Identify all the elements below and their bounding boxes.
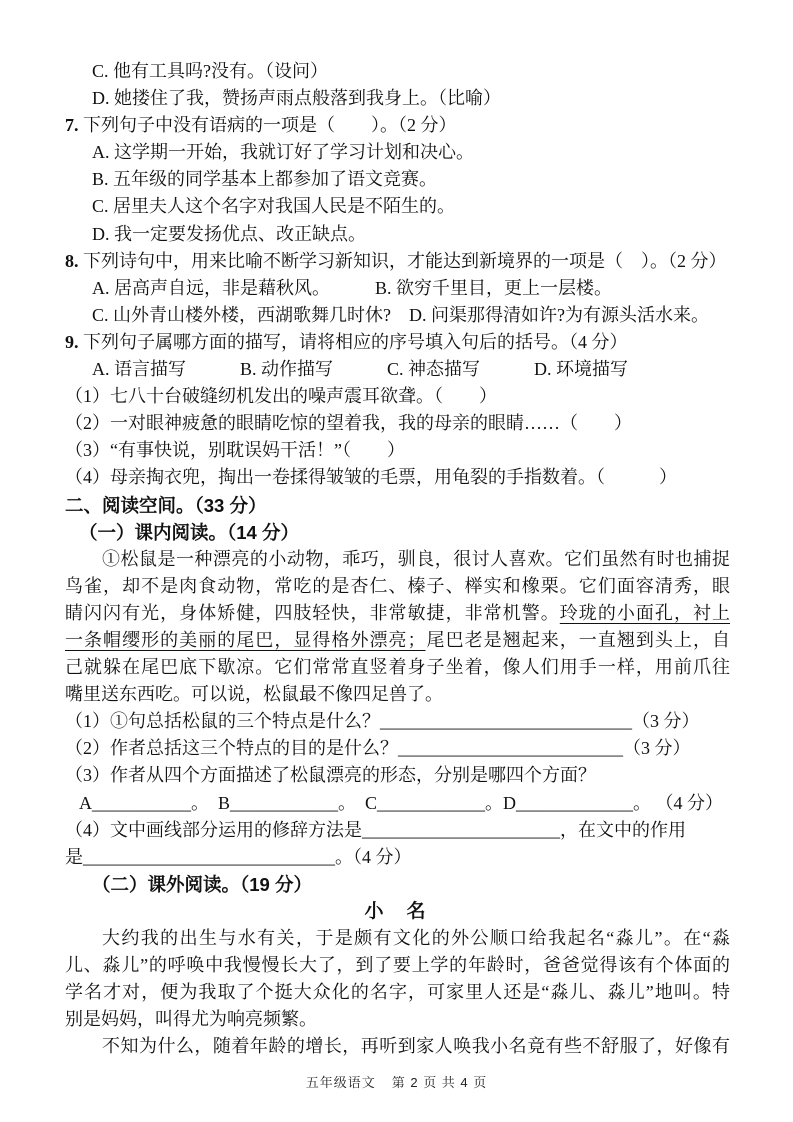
text-segment: 二、阅读空间。（33 分） bbox=[65, 495, 266, 516]
answer-blank: _________________________ bbox=[398, 738, 623, 758]
text-segment: D. 她搂住了我，赞扬声雨点般落到我身上。（比喻） bbox=[92, 88, 501, 108]
text-segment: 。D bbox=[485, 793, 516, 813]
text-segment: 嘴里送东西吃。可以说，松鼠最不像四足兽了。 bbox=[65, 684, 443, 704]
footer-course-label: 五年级语文 bbox=[306, 1075, 376, 1090]
passage-songshu-line-3: 睛闪闪有光，身体矫健，四肢轻快，非常敏捷，非常机警。玲珑的小面孔，衬上 bbox=[62, 600, 730, 627]
text-segment: ①松鼠是一种漂亮的小动物，乖巧，驯良，很讨人喜欢。它们虽然有时也捕捉 bbox=[102, 549, 730, 569]
text-segment: A. 这学期一开始，我就订好了学习计划和决心。 bbox=[92, 142, 474, 162]
text-segment: 大约我的出生与水有关，于是颇有文化的外公顺口给我起名“淼儿”。在“淼 bbox=[102, 928, 730, 948]
text-segment: （3）作者从四个方面描述了松鼠漂亮的形态，分别是哪四个方面？ bbox=[65, 765, 596, 785]
q9-item-4: （4）母亲掏衣兜，掏出一卷揉得皱皱的毛票，用龟裂的手指数着。（ ） bbox=[62, 464, 730, 491]
text-segment: C. 居里夫人这个名字对我国人民是不陌生的。 bbox=[92, 196, 455, 216]
text-segment: （4）母亲掏衣兜，掏出一卷揉得皱皱的毛票，用龟裂的手指数着。（ ） bbox=[65, 467, 677, 487]
option-7d: D. 我一定要发扬优点、改正缺点。 bbox=[62, 221, 730, 248]
text-segment: 7. bbox=[65, 115, 79, 135]
answer-blank: ____________________________ bbox=[380, 711, 632, 731]
passage-songshu-line-2: 鸟雀，却不是肉食动物，常吃的是杏仁、榛子、榉实和橡栗。它们面容清秀，眼 bbox=[62, 573, 730, 600]
text-segment: 尾巴老是翘起来，一直翘到头上，自 bbox=[426, 630, 730, 650]
page-footer: 五年级语文第 2 页 共 4 页 bbox=[0, 1072, 793, 1091]
text-segment: 。 B bbox=[191, 793, 230, 813]
section-2-heading: 二、阅读空间。（33 分） bbox=[62, 492, 730, 519]
answer-blank: ______________________ bbox=[362, 820, 560, 840]
answer-blank: ____________________________ bbox=[83, 847, 335, 867]
passage-songshu-line-6: 嘴里送东西吃。可以说，松鼠最不像四足兽了。 bbox=[62, 681, 730, 708]
q9-item-2: （2）一对眼神疲惫的眼睛吃惊的望着我，我的母亲的眼睛……（ ） bbox=[62, 410, 730, 437]
text-segment: 己就躲在尾巴底下歇凉。它们常常直竖着身子坐着，像人们用手一样，用前爪往 bbox=[65, 657, 730, 677]
reading1-q2: （2）作者总括这三个特点的目的是什么？_____________________… bbox=[62, 735, 730, 762]
question-9: 9. 下列句子属哪方面的描写，请将相应的序号填入句后的括号。（4 分） bbox=[62, 329, 730, 356]
reading1-q4-line-2: 是____________________________。（4 分） bbox=[62, 844, 730, 871]
text-segment: C. 他有工具吗?没有。（设问） bbox=[92, 61, 328, 81]
text-segment: 下列句子中没有语病的一项是（ ）。（2 分） bbox=[79, 115, 457, 135]
text-segment: 小 名 bbox=[364, 901, 427, 922]
text-segment: 下列诗句中，用来比喻不断学习新知识，才能达到新境界的一项是（ ）。（2 分） bbox=[79, 251, 727, 271]
underlined-text: 一条帽缨形的美丽的尾巴，显得格外漂亮； bbox=[65, 630, 426, 650]
text-segment: （1）①句总括松鼠的三个特点是什么？ bbox=[65, 711, 380, 731]
options-9: A. 语言描写 B. 动作描写 C. 神态描写 D. 环境描写 bbox=[62, 356, 730, 383]
passage-songshu-line-4: 一条帽缨形的美丽的尾巴，显得格外漂亮；尾巴老是翘起来，一直翘到头上，自 bbox=[62, 627, 730, 654]
text-segment: （3）“有事快说，别耽误妈干活！”（ ） bbox=[65, 440, 405, 460]
passage-xiaoming-line-3: 学名才对，便为我取了个挺大众化的名字，可家里人还是“淼儿、淼儿”地叫。特 bbox=[62, 979, 730, 1006]
reading1-q4-line-1: （4）文中画线部分运用的修辞方法是______________________，… bbox=[62, 817, 730, 844]
reading1-q3-blanks: A___________。 B____________。 C__________… bbox=[62, 790, 730, 817]
answer-blank: ___________ bbox=[92, 793, 191, 813]
subsection-reading-2-heading: （二）课外阅读。（19 分） bbox=[62, 871, 730, 898]
text-segment: 。 （4 分） bbox=[633, 793, 723, 813]
option-7a: A. 这学期一开始，我就订好了学习计划和决心。 bbox=[62, 139, 730, 166]
text-segment: 下列句子属哪方面的描写，请将相应的序号填入句后的括号。（4 分） bbox=[79, 332, 628, 352]
passage-xiaoming-line-4: 别是妈妈，叫得尤为响亮频繁。 bbox=[62, 1006, 730, 1033]
text-segment: （4）文中画线部分运用的修辞方法是 bbox=[65, 820, 362, 840]
text-segment: （一）课内阅读。（14 分） bbox=[79, 522, 299, 543]
option-6d: D. 她搂住了我，赞扬声雨点般落到我身上。（比喻） bbox=[62, 85, 730, 112]
passage-xiaoming-line-5: 不知为什么，随着年龄的增长，再听到家人唤我小名竟有些不舒服了，好像有 bbox=[62, 1033, 730, 1060]
passage-xiaoming-line-2: 儿、淼儿”的呼唤中我慢慢长大了，到了要上学的年龄时，爸爸觉得该有个体面的 bbox=[62, 952, 730, 979]
options-8cd: C. 山外青山楼外楼，西湖歌舞几时休? D. 问渠那得清如许?为有源头活水来。 bbox=[62, 302, 730, 329]
question-8: 8. 下列诗句中，用来比喻不断学习新知识，才能达到新境界的一项是（ ）。（2 分… bbox=[62, 248, 730, 275]
passage-songshu-line-1: ①松鼠是一种漂亮的小动物，乖巧，驯良，很讨人喜欢。它们虽然有时也捕捉 bbox=[62, 546, 730, 573]
exam-page: C. 他有工具吗?没有。（设问）D. 她搂住了我，赞扬声雨点般落到我身上。（比喻… bbox=[0, 0, 793, 1122]
q9-item-1: （1）七八十台破缝纫机发出的噪声震耳欲聋。（ ） bbox=[62, 383, 730, 410]
text-segment: ，在文中的作用 bbox=[560, 820, 686, 840]
text-segment: （2）一对眼神疲惫的眼睛吃惊的望着我，我的母亲的眼睛……（ ） bbox=[65, 413, 632, 433]
text-segment: 儿、淼儿”的呼唤中我慢慢长大了，到了要上学的年龄时，爸爸觉得该有个体面的 bbox=[65, 955, 730, 975]
text-segment: A. 语言描写 B. 动作描写 C. 神态描写 D. 环境描写 bbox=[92, 359, 628, 379]
text-segment: 。（4 分） bbox=[335, 847, 412, 867]
document-body: C. 他有工具吗?没有。（设问）D. 她搂住了我，赞扬声雨点般落到我身上。（比喻… bbox=[62, 58, 730, 1060]
text-segment: 不知为什么，随着年龄的增长，再听到家人唤我小名竟有些不舒服了，好像有 bbox=[102, 1036, 730, 1056]
passage-xiaoming-line-1: 大约我的出生与水有关，于是颇有文化的外公顺口给我起名“淼儿”。在“淼 bbox=[62, 925, 730, 952]
text-segment: A bbox=[79, 793, 92, 813]
q9-item-3: （3）“有事快说，别耽误妈干活！”（ ） bbox=[62, 437, 730, 464]
text-segment: 别是妈妈，叫得尤为响亮频繁。 bbox=[65, 1009, 317, 1029]
option-7b: B. 五年级的同学基本上都参加了语文竞赛。 bbox=[62, 166, 730, 193]
text-segment: 是 bbox=[65, 847, 83, 867]
text-segment: 9. bbox=[65, 332, 79, 352]
text-segment: （2）作者总括这三个特点的目的是什么？ bbox=[65, 738, 398, 758]
answer-blank: _____________ bbox=[516, 793, 633, 813]
question-7: 7. 下列句子中没有语病的一项是（ ）。（2 分） bbox=[62, 112, 730, 139]
passage-title-xiaoming: 小 名 bbox=[62, 898, 730, 925]
text-segment: 8. bbox=[65, 251, 79, 271]
option-6c: C. 他有工具吗?没有。（设问） bbox=[62, 58, 730, 85]
passage-songshu-line-5: 己就躲在尾巴底下歇凉。它们常常直竖着身子坐着，像人们用手一样，用前爪往 bbox=[62, 654, 730, 681]
text-segment: （1）七八十台破缝纫机发出的噪声震耳欲聋。（ ） bbox=[65, 386, 497, 406]
footer-page-indicator: 第 2 页 共 4 页 bbox=[392, 1075, 488, 1090]
subsection-reading-1-heading: （一）课内阅读。（14 分） bbox=[62, 519, 730, 546]
underlined-text: 玲珑的小面孔，衬上 bbox=[560, 603, 730, 623]
text-segment: A. 居高声自远，非是藉秋风。 B. 欲穷千里目，更上一层楼。 bbox=[92, 278, 612, 298]
reading1-q3: （3）作者从四个方面描述了松鼠漂亮的形态，分别是哪四个方面？ bbox=[62, 762, 730, 789]
text-segment: 学名才对，便为我取了个挺大众化的名字，可家里人还是“淼儿、淼儿”地叫。特 bbox=[65, 982, 730, 1002]
reading1-q1: （1）①句总括松鼠的三个特点是什么？______________________… bbox=[62, 708, 730, 735]
text-segment: （二）课外阅读。（19 分） bbox=[92, 874, 312, 895]
answer-blank: ____________ bbox=[230, 793, 338, 813]
option-7c: C. 居里夫人这个名字对我国人民是不陌生的。 bbox=[62, 193, 730, 220]
text-segment: 。 C bbox=[338, 793, 377, 813]
text-segment: 鸟雀，却不是肉食动物，常吃的是杏仁、榛子、榉实和橡栗。它们面容清秀，眼 bbox=[65, 576, 730, 596]
answer-blank: ____________ bbox=[377, 793, 485, 813]
text-segment: （3 分） bbox=[623, 738, 691, 758]
options-8ab: A. 居高声自远，非是藉秋风。 B. 欲穷千里目，更上一层楼。 bbox=[62, 275, 730, 302]
text-segment: C. 山外青山楼外楼，西湖歌舞几时休? D. 问渠那得清如许?为有源头活水来。 bbox=[92, 305, 709, 325]
text-segment: 睛闪闪有光，身体矫健，四肢轻快，非常敏捷，非常机警。 bbox=[65, 603, 560, 623]
text-segment: D. 我一定要发扬优点、改正缺点。 bbox=[92, 224, 366, 244]
text-segment: B. 五年级的同学基本上都参加了语文竞赛。 bbox=[92, 169, 437, 189]
text-segment: （3 分） bbox=[632, 711, 700, 731]
